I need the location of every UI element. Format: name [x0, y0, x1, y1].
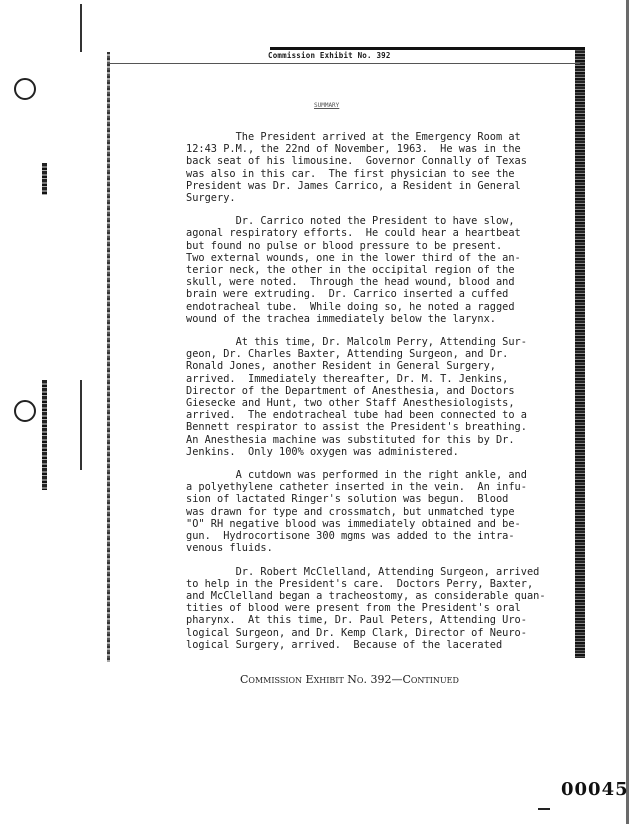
- paragraph: At this time, Dr. Malcolm Perry, Attendi…: [186, 336, 516, 458]
- paragraph: Dr. Carrico noted the President to have …: [186, 215, 516, 325]
- document-body: The President arrived at the Emergency R…: [186, 131, 516, 662]
- scan-edge-line: [80, 4, 82, 52]
- scan-edge-strip: [42, 380, 47, 490]
- page-right-shadow: [575, 48, 585, 658]
- binder-hole-top: [14, 78, 36, 100]
- header-rule-thin: [110, 63, 580, 64]
- scan-edge-strip: [42, 163, 47, 195]
- document-title: SUMMARY: [314, 102, 339, 109]
- page-left-edge: [107, 52, 110, 662]
- binder-hole-middle: [14, 400, 36, 422]
- paragraph: The President arrived at the Emergency R…: [186, 131, 516, 204]
- exhibit-footer-caption: Commission Exhibit No. 392—Continued: [240, 673, 459, 686]
- page-number-stamp: 00045: [561, 779, 629, 800]
- paragraph: A cutdown was performed in the right ank…: [186, 469, 516, 554]
- scan-mark: [538, 808, 550, 810]
- scan-right-edge: [626, 0, 629, 824]
- header-rule: [270, 47, 585, 50]
- paragraph: Dr. Robert McClelland, Attending Surgeon…: [186, 566, 516, 651]
- exhibit-header: Commission Exhibit No. 392: [268, 51, 391, 60]
- scan-edge-line: [80, 380, 82, 470]
